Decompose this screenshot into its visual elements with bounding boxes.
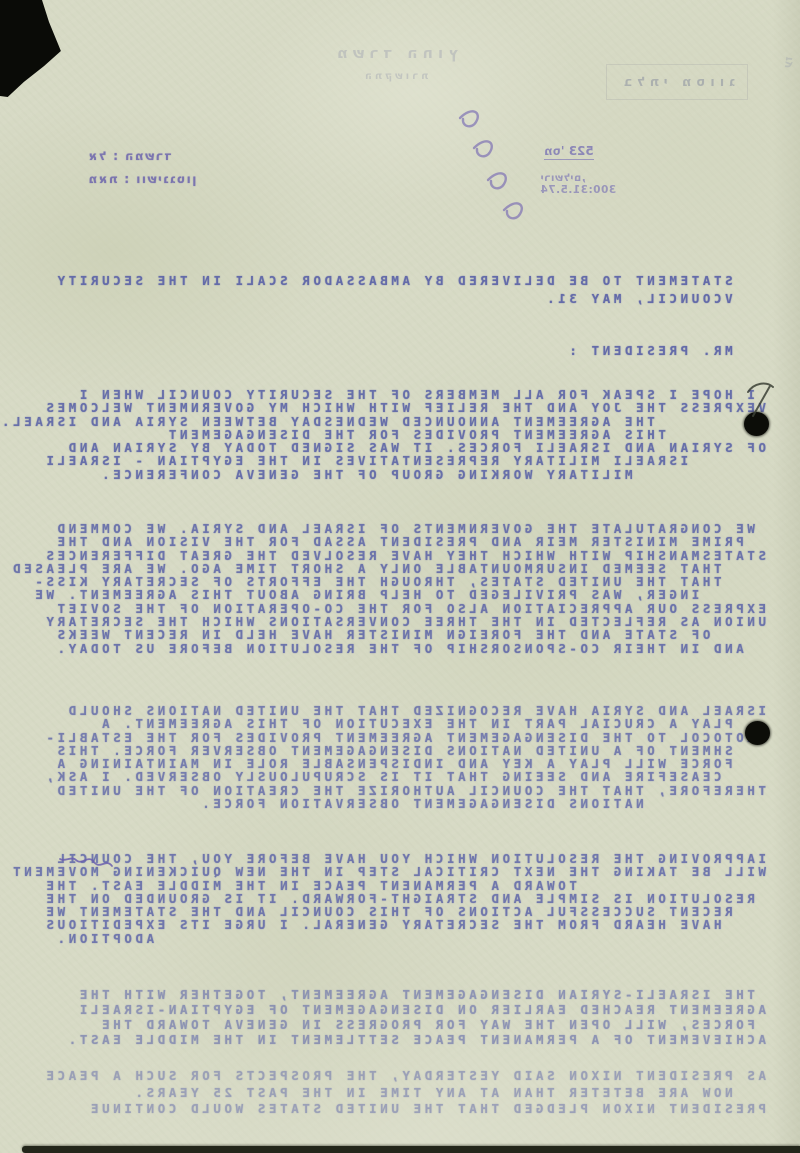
- classification-stamp-label: בלתי מסווג: [619, 75, 735, 90]
- paragraph-3: ISRAEL AND SYRIA HAVE RECOGNIZED THAT TH…: [43, 704, 766, 810]
- typed-line: ISRAEL AND SYRIA HAVE RECOGNIZED THAT TH…: [43, 704, 766, 717]
- ministry-stamp-line1: משרד החוץ: [320, 44, 470, 62]
- scanner-edge-strip: [22, 1146, 800, 1153]
- typed-line: FORCES, WILL OPEN THE WAY FOR PROGRESS I…: [65, 1017, 766, 1032]
- typed-line: MILITARY WORKING GROUP OF THE GENEVA CON…: [0, 468, 766, 481]
- typed-line: RESOLUTION IS SIMPLE AND STRAIGHT-FORWAR…: [9, 892, 766, 905]
- hole-punch-dot-bottom: [745, 721, 770, 745]
- typed-line: WILL BE TAKING THE NEXT CRITICAL STEP IN…: [9, 865, 766, 878]
- typed-line: AGREEMENT REACHED EARLIER ON DISENGAGEME…: [65, 1002, 766, 1017]
- typed-line: HAVE HEARD FROM THE SECRETARY GENERAL. I…: [9, 918, 766, 931]
- typed-line: THE AGREEMENT ANNOUNCED WEDNESDAY BETWEE…: [0, 415, 766, 428]
- typed-line: THEREFORE, THAT THE COUNCIL AUTHORIZE TH…: [43, 784, 766, 797]
- paragraph-4: IAPPROVING THE RESOLUTION WHICH YOU HAVE…: [9, 852, 766, 945]
- typed-line: INGER, WAS PRIVILEGED TO HELP BRING ABOU…: [9, 588, 766, 601]
- typed-line: VCOUNCIL, MAY 31.: [54, 290, 766, 308]
- handwritten-squiggle: [448, 102, 532, 226]
- typed-line: THIS AGREEMENT PROVIDES FOR THE DISENGAG…: [0, 428, 766, 441]
- typed-line: PRESIDENT NIXON PLEDGED THAT THE UNITED …: [43, 1101, 766, 1118]
- ministry-stamp: משרד החוץ התקשורת: [320, 44, 470, 82]
- typed-line: NATIONS DISENGAGEMENT OBSERVATION FORCE.: [43, 797, 766, 810]
- paragraph-1: I HOPE I SPEAK FOR ALL MEMBERS OF THE SE…: [0, 388, 766, 481]
- typed-line: UNION AS REFLECTED IN THE THREE CONVERSA…: [9, 615, 766, 628]
- typed-line: OF SYRIAN AND ISRAELI FORCES. IT WAS SIG…: [0, 441, 766, 454]
- typed-line: AND IN THEIR CO-SPONSORSHIP OF THE RESOL…: [9, 642, 766, 655]
- typed-line: PRIME MINISTER MEIR AND PRESIDENT ASSAD …: [9, 535, 766, 548]
- typed-line: OF STATE AND THE FOREIGN MINISTER HAVE H…: [9, 628, 766, 641]
- routing-stamp: אל : המשרד מאת : וושינגטון: [87, 149, 229, 195]
- typed-line: ACHIEVEMENT OF A PERMANENT PEACE SETTLEM…: [65, 1032, 766, 1047]
- typed-line: STATESMANSHIP WITH WHICH THEY HAVE RESOL…: [9, 549, 766, 562]
- corner-pencil-note: עז: [781, 56, 795, 69]
- typed-line: FORCE WILL PLAY A KEY AND INDISPENSABLE …: [43, 757, 766, 770]
- typed-line: ISRAELI MILITARY REPRESENTATIVES IN THE …: [0, 454, 766, 467]
- typed-line: I HOPE I SPEAK FOR ALL MEMBERS OF THE SE…: [0, 388, 766, 401]
- typed-line: NOW ARE BETETER THAN AT ANY TIME IN THE …: [43, 1085, 766, 1102]
- typed-line: PROTOCOL TO THE DISENGAGEMENT AGREEMENT …: [43, 731, 766, 744]
- typed-line: WE CONGRATULATE THE GOVERNMENTS OF ISRAE…: [9, 522, 766, 535]
- document-title: STATEMENT TO BE DELIVERED BY AMBASSADOR …: [54, 272, 766, 307]
- paragraph-2: WE CONGRATULATE THE GOVERNMENTS OF ISRAE…: [9, 522, 766, 655]
- typed-line: STATEMENT TO BE DELIVERED BY AMBASSADOR …: [54, 272, 766, 290]
- pen-check-mark: [740, 378, 782, 422]
- telegram-number-value: מס' 523: [544, 144, 594, 160]
- typed-line: TOWARD A PERMANENT PEACE IN THE MIDDLE E…: [9, 879, 766, 892]
- paragraph-5: THE ISRAELI-SYRIAN DISENGAGEMENT AGREEME…: [65, 987, 766, 1047]
- typed-line: THAT THE UNITED STATES, THROUGH THE EFFO…: [9, 575, 766, 588]
- ministry-stamp-line2: התקשורת: [320, 71, 470, 82]
- typed-line: THAT SEEMED INSURMOUNTABLE ONLY A SHORT …: [9, 562, 766, 575]
- salutation: MR. PRESIDENT :: [566, 344, 766, 357]
- typed-line: ADOPTION.: [9, 932, 766, 945]
- typed-line: RECENT SUCCESSFUL ACTIONS OF THIS COUNCI…: [9, 905, 766, 918]
- typed-line: THE ISRAELI-SYRIAN DISENGAGEMENT AGREEME…: [65, 987, 766, 1002]
- typed-line: CEASEFIRE AND SEEING THAT IT IS SCRUPULO…: [43, 770, 766, 783]
- typed-line: AS PRESIDENT NIXON SAID YESTERDAY, THE P…: [43, 1068, 766, 1085]
- typed-line: VEXPRESS THE JOY AND THE RELIEF WITH WHI…: [0, 401, 766, 414]
- scanned-telegram-page: משרד החוץ התקשורת בלתי מסווג עז אל : המש…: [0, 0, 800, 1153]
- typed-line: SHMENT OF A UNITED NATIONS DISENGAGEMENT…: [43, 744, 766, 757]
- routing-stamp-line1: אל : המשרד: [87, 149, 229, 163]
- routing-stamp-line2: מאת : וושינגטון: [87, 172, 229, 186]
- typed-line: IAPPROVING THE RESOLUTION WHICH YOU HAVE…: [9, 852, 766, 865]
- typed-line: EXPRESS OUR APPRECIATION ALSO FOR THE CO…: [9, 602, 766, 615]
- classification-stamp-box: בלתי מסווג: [606, 64, 748, 100]
- handwritten-scribble: [58, 855, 114, 871]
- telegram-dateline-stamp: ירושלים, 300:31.5.74: [540, 172, 655, 196]
- mirrored-scan-layer: משרד החוץ התקשורת בלתי מסווג עז אל : המש…: [0, 0, 800, 1153]
- typed-line: PLAY A CRUCIAL PART IN THE EXECUTION OF …: [43, 717, 766, 730]
- telegram-number-stamp: מס' 523: [544, 144, 610, 158]
- paragraph-6: AS PRESIDENT NIXON SAID YESTERDAY, THE P…: [43, 1068, 766, 1118]
